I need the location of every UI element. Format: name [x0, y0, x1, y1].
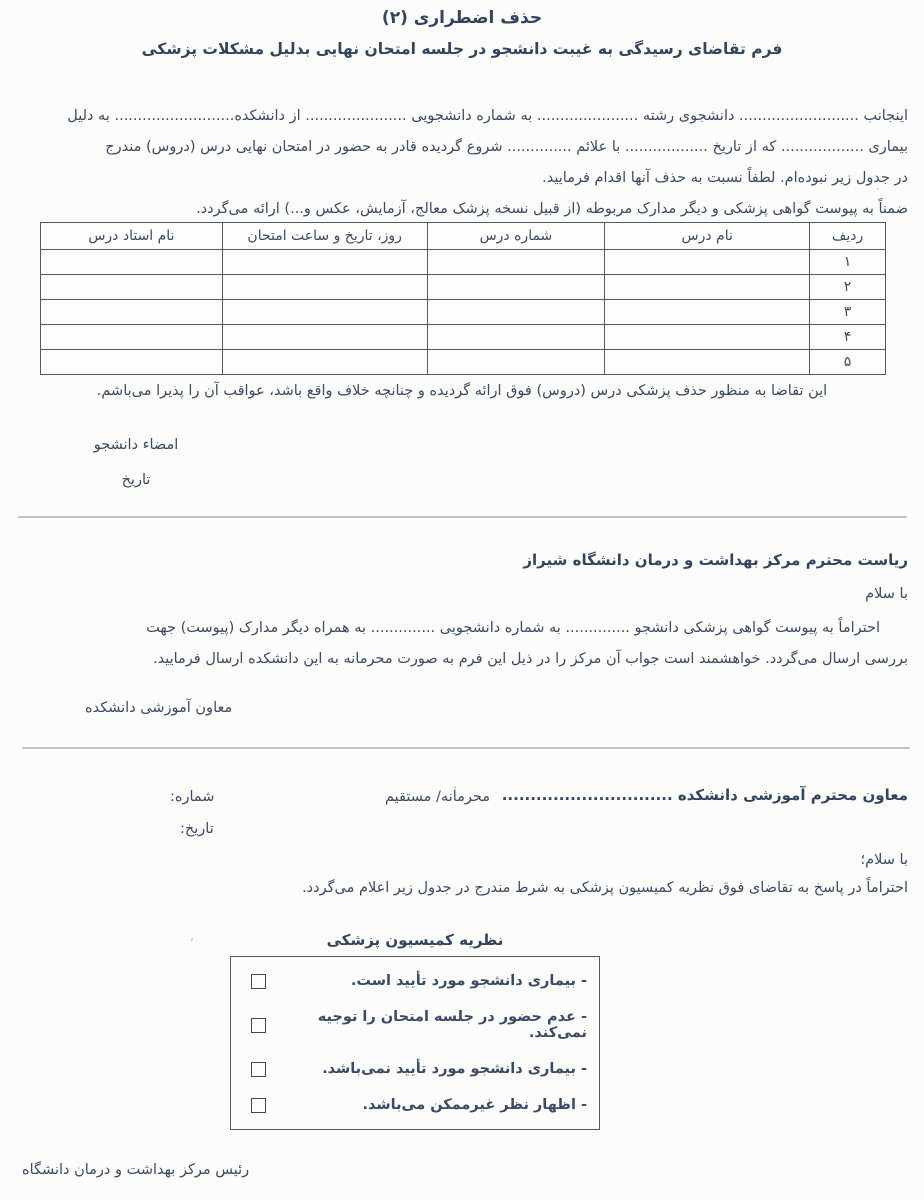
- course-number-cell: [427, 250, 605, 275]
- checkbox-icon[interactable]: [251, 974, 266, 989]
- exam-datetime-cell: [222, 300, 427, 325]
- course-number-cell: [427, 325, 605, 350]
- scan-artifact: ٬: [190, 936, 194, 950]
- declaration-text: این تقاضا به منظور حذف پزشکی درس (دروس) …: [0, 383, 924, 399]
- instructor-cell: [41, 350, 223, 375]
- course-number-cell: [427, 300, 605, 325]
- row-number-cell: ۴: [810, 325, 886, 350]
- commission-option-label: - اظهار نظر غیرممکن می‌باشد.: [363, 1097, 588, 1113]
- course-number-cell: [427, 275, 605, 300]
- intro-line-2: بیماری .................. که از تاریخ ..…: [14, 132, 908, 163]
- health-center-heading: ریاست محترم مرکز بهداشت و درمان دانشگاه …: [523, 551, 908, 569]
- commission-options-box: - بیماری دانشجو مورد تأیید است. - عدم حض…: [230, 956, 600, 1130]
- health-center-body: احتراماً به پیوست گواهی پزشکی دانشجو ...…: [14, 613, 908, 675]
- commission-option-label: - بیماری دانشجو مورد تأیید است.: [351, 973, 587, 989]
- education-deputy-signoff: معاون آموزشی دانشکده: [85, 700, 232, 716]
- student-signature-label: امضاء دانشجو: [80, 438, 192, 453]
- exam-datetime-cell: [222, 275, 427, 300]
- intro-line-3: در جدول زیر نبوده‌ام. لطفاً نسبت به حذف …: [14, 163, 908, 194]
- checkbox-icon[interactable]: [251, 1098, 266, 1113]
- course-name-cell: [605, 325, 810, 350]
- exam-datetime-cell: [222, 250, 427, 275]
- student-signature-block: امضاء دانشجو تاریخ: [80, 438, 192, 487]
- table-row: ۴: [41, 325, 886, 350]
- commission-option-row: - بیماری دانشجو مورد تأیید است.: [251, 973, 587, 989]
- intro-paragraph: اینجانب .......................... دانشج…: [14, 101, 908, 225]
- col-header-instructor-name: نام استاد درس: [41, 223, 223, 250]
- section-divider: [22, 747, 910, 749]
- confidential-label: محرمانه/ مستقیم: [385, 789, 490, 805]
- commission-option-row: - بیماری دانشجو مورد تأیید نمی‌باشد.: [251, 1061, 587, 1077]
- course-name-cell: [605, 350, 810, 375]
- reply-heading: معاون محترم آموزشی دانشکده .............…: [502, 786, 908, 804]
- section-divider: [18, 516, 907, 518]
- instructor-cell: [41, 325, 223, 350]
- exam-datetime-cell: [222, 350, 427, 375]
- course-table-header-row: ردیف نام درس شماره درس روز، تاریخ و ساعت…: [41, 223, 886, 250]
- table-row: ۵: [41, 350, 886, 375]
- table-row: ۱: [41, 250, 886, 275]
- row-number-cell: ۵: [810, 350, 886, 375]
- scan-artifact: ·: [876, 182, 880, 196]
- col-header-course-number: شماره درس: [427, 223, 605, 250]
- reply-date-label: تاریخ:: [180, 821, 214, 837]
- instructor-cell: [41, 275, 223, 300]
- table-row: ۳: [41, 300, 886, 325]
- col-header-exam-datetime: روز، تاریخ و ساعت امتحان: [222, 223, 427, 250]
- row-number-cell: ۳: [810, 300, 886, 325]
- form-title: حذف اضطراری (۲): [0, 8, 924, 28]
- instructor-cell: [41, 300, 223, 325]
- health-center-body-line-2: بررسی ارسال می‌گردد. خواهشمند است جواب آ…: [14, 644, 908, 675]
- intro-line-1: اینجانب .......................... دانشج…: [14, 101, 908, 132]
- course-name-cell: [605, 275, 810, 300]
- course-name-cell: [605, 250, 810, 275]
- reply-salutation: با سلام؛: [861, 852, 908, 868]
- checkbox-icon[interactable]: [251, 1018, 266, 1033]
- reply-body: احتراماً در پاسخ به تقاضای فوق نظریه کمی…: [302, 880, 908, 896]
- row-number-cell: ۱: [810, 250, 886, 275]
- table-row: ۲: [41, 275, 886, 300]
- commission-option-label: - عدم حضور در جلسه امتحان را توجیه نمی‌ک…: [278, 1009, 587, 1041]
- reply-number-label: شماره:: [170, 789, 214, 805]
- intro-line-4: ضمناً به پیوست گواهی پزشکی و دیگر مدارک …: [14, 194, 908, 225]
- health-center-salutation: با سلام: [865, 586, 908, 602]
- health-center-body-line-1: احتراماً به پیوست گواهی پزشکی دانشجو ...…: [14, 613, 908, 644]
- checkbox-icon[interactable]: [251, 1062, 266, 1077]
- student-signature-date-label: تاریخ: [80, 473, 192, 488]
- exam-datetime-cell: [222, 325, 427, 350]
- col-header-row-number: ردیف: [810, 223, 886, 250]
- scanned-form-page: حذف اضطراری (۲) فرم تقاضای رسیدگی به غیب…: [0, 0, 924, 1200]
- col-header-course-name: نام درس: [605, 223, 810, 250]
- course-number-cell: [427, 350, 605, 375]
- course-name-cell: [605, 300, 810, 325]
- commission-option-row: - عدم حضور در جلسه امتحان را توجیه نمی‌ک…: [251, 1009, 587, 1041]
- row-number-cell: ۲: [810, 275, 886, 300]
- scan-artifact: ˀ: [452, 785, 457, 800]
- course-table: ردیف نام درس شماره درس روز، تاریخ و ساعت…: [40, 222, 886, 375]
- commission-option-row: - اظهار نظر غیرممکن می‌باشد.: [251, 1097, 587, 1113]
- health-center-head-signoff: رئیس مرکز بهداشت و درمان دانشگاه: [22, 1162, 249, 1178]
- form-subtitle: فرم تقاضای رسیدگی به غیبت دانشجو در جلسه…: [0, 40, 924, 58]
- commission-title: نظریه کمیسیون پزشکی: [230, 931, 600, 949]
- instructor-cell: [41, 250, 223, 275]
- commission-option-label: - بیماری دانشجو مورد تأیید نمی‌باشد.: [322, 1061, 587, 1077]
